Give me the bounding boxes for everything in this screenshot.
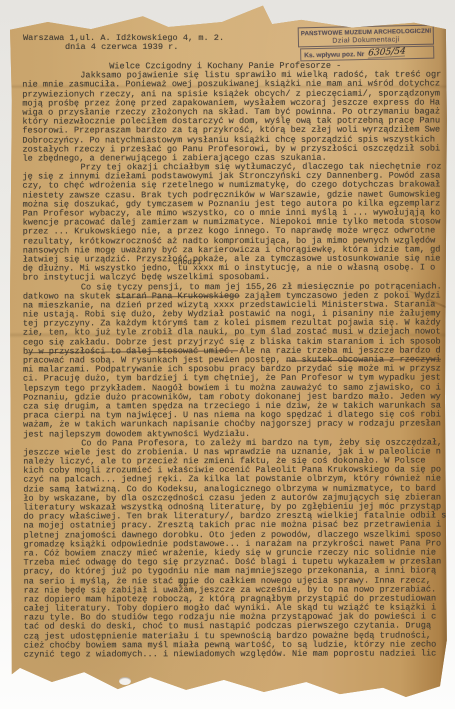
stamp-entry-label: Ks. wpływu poz. Nr bbox=[304, 51, 364, 59]
letter-body: Wielce Czcigodny i Kochany Panie Profeso… bbox=[22, 61, 455, 659]
stamp-frame: PAŃSTWOWE MUZEUM ARCHEOLOGICZNE Dział Do… bbox=[298, 25, 434, 48]
date-line: dnia 4 czerwca 1939 r. bbox=[23, 43, 224, 52]
text-line: czynić tego z wiadomych... i niewiadomyc… bbox=[24, 649, 455, 659]
punch-hole bbox=[119, 677, 131, 685]
stamp-entry-row: Ks. wpływu poz. Nr 6305/54 bbox=[300, 46, 434, 62]
paragraph-1: Jakksamo pojawienie się listu sprawiło m… bbox=[22, 71, 455, 164]
museum-receipt-stamp: PAŃSTWOWE MUZEUM ARCHEOLOGICZNE Dział Do… bbox=[298, 25, 435, 62]
typed-correction-ze: że bbox=[179, 581, 189, 590]
paragraph-3: Co się tyczy pensji, to mam jej 155,26 z… bbox=[23, 282, 455, 439]
paragraph-4: Co do Pana Profesora, to zależy mi bardz… bbox=[23, 438, 455, 660]
typed-correction-chodzi: chodzi bbox=[173, 259, 202, 268]
scanned-letter-photo: PAŃSTWOWE MUZEUM ARCHEOLOGICZNE Dział Do… bbox=[0, 0, 455, 709]
sender-address-block: Warszawa 1,ul. A. Idźkowskiego 4, m. 2. … bbox=[23, 34, 224, 52]
paragraph-2: Przy tej okazji chciałbym się wytłumaczy… bbox=[22, 162, 455, 283]
stamp-department: Dział Dokumentacji bbox=[301, 36, 431, 46]
handwritten-entry-number: 6305/54 bbox=[368, 48, 406, 59]
letter-page: PAŃSTWOWE MUZEUM ARCHEOLOGICZNE Dział Do… bbox=[0, 0, 455, 709]
